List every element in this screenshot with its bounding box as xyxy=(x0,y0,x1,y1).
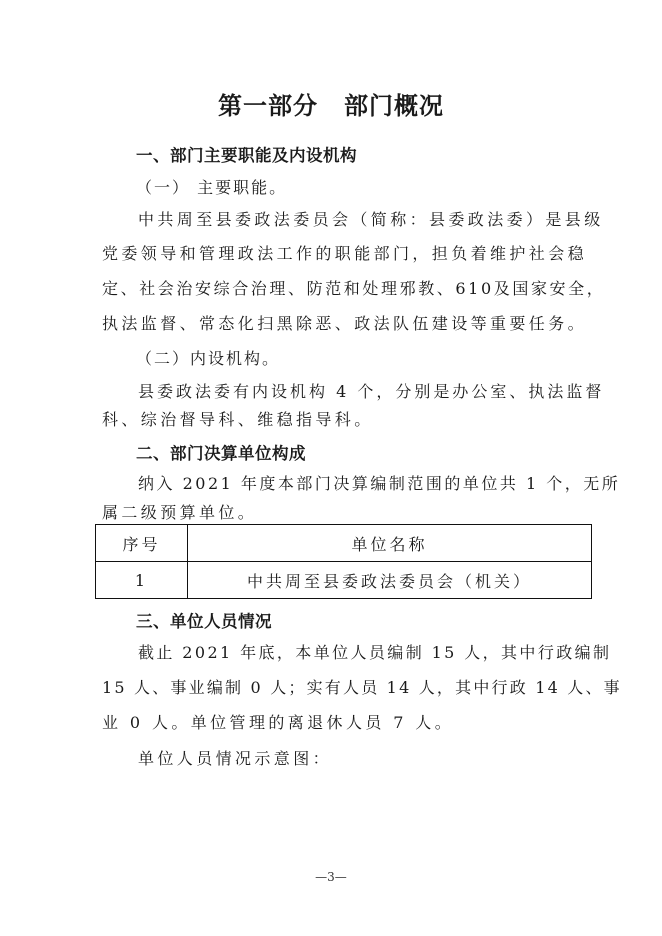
page-title: 第一部分部门概况 xyxy=(0,86,662,121)
page-number: —3— xyxy=(0,870,662,884)
paragraph-line: 属二级预算单位。 xyxy=(102,500,257,523)
table-cell: 中共周至县委政法委员会（机关） xyxy=(188,562,592,599)
paragraph-line: 截止 2021 年底，本单位人员编制 15 人，其中行政编制 xyxy=(138,640,611,663)
paragraph-line: 科、综治督导科、维稳指导科。 xyxy=(102,407,374,430)
subheading-main-functions: （一） 主要职能。 xyxy=(136,175,287,198)
table-header-cell: 单位名称 xyxy=(188,525,592,562)
table-cell: 1 xyxy=(96,562,188,599)
subheading-internal-structure: （二）内设机构。 xyxy=(136,346,280,369)
page-title-part: 第一部分 xyxy=(218,91,318,120)
paragraph-line: 纳入 2021 年度本部门决算编制范围的单位共 1 个，无所 xyxy=(138,471,620,494)
paragraph-line: 县委政法委有内设机构 4 个，分别是办公室、执法监督 xyxy=(138,379,604,402)
table-header-row: 序号 单位名称 xyxy=(96,525,592,562)
section-heading-units: 二、部门决算单位构成 xyxy=(136,440,306,464)
unit-table: 序号 单位名称 1 中共周至县委政法委员会（机关） xyxy=(95,524,592,599)
paragraph-line: 定、社会治安综合治理、防范和处理邪教、610及国家安全， xyxy=(102,276,605,299)
paragraph-line: 15 人、事业编制 0 人；实有人员 14 人，其中行政 14 人、事 xyxy=(102,675,622,698)
table-header-cell: 序号 xyxy=(96,525,188,562)
page-title-name: 部门概况 xyxy=(344,91,444,120)
paragraph-line: 执法监督、常态化扫黑除恶、政法队伍建设等重要任务。 xyxy=(102,311,587,334)
section-heading-personnel: 三、单位人员情况 xyxy=(136,608,272,632)
paragraph-line: 中共周至县委政法委员会（简称：县委政法委）是县级 xyxy=(138,207,604,230)
table-row: 1 中共周至县委政法委员会（机关） xyxy=(96,562,592,599)
section-heading-functions: 一、部门主要职能及内设机构 xyxy=(136,142,357,166)
paragraph-line: 党委领导和管理政法工作的职能部门，担负着维护社会稳 xyxy=(102,241,587,264)
chart-caption: 单位人员情况示意图： xyxy=(138,746,332,769)
paragraph-line: 业 0 人。单位管理的离退休人员 7 人。 xyxy=(102,710,454,733)
